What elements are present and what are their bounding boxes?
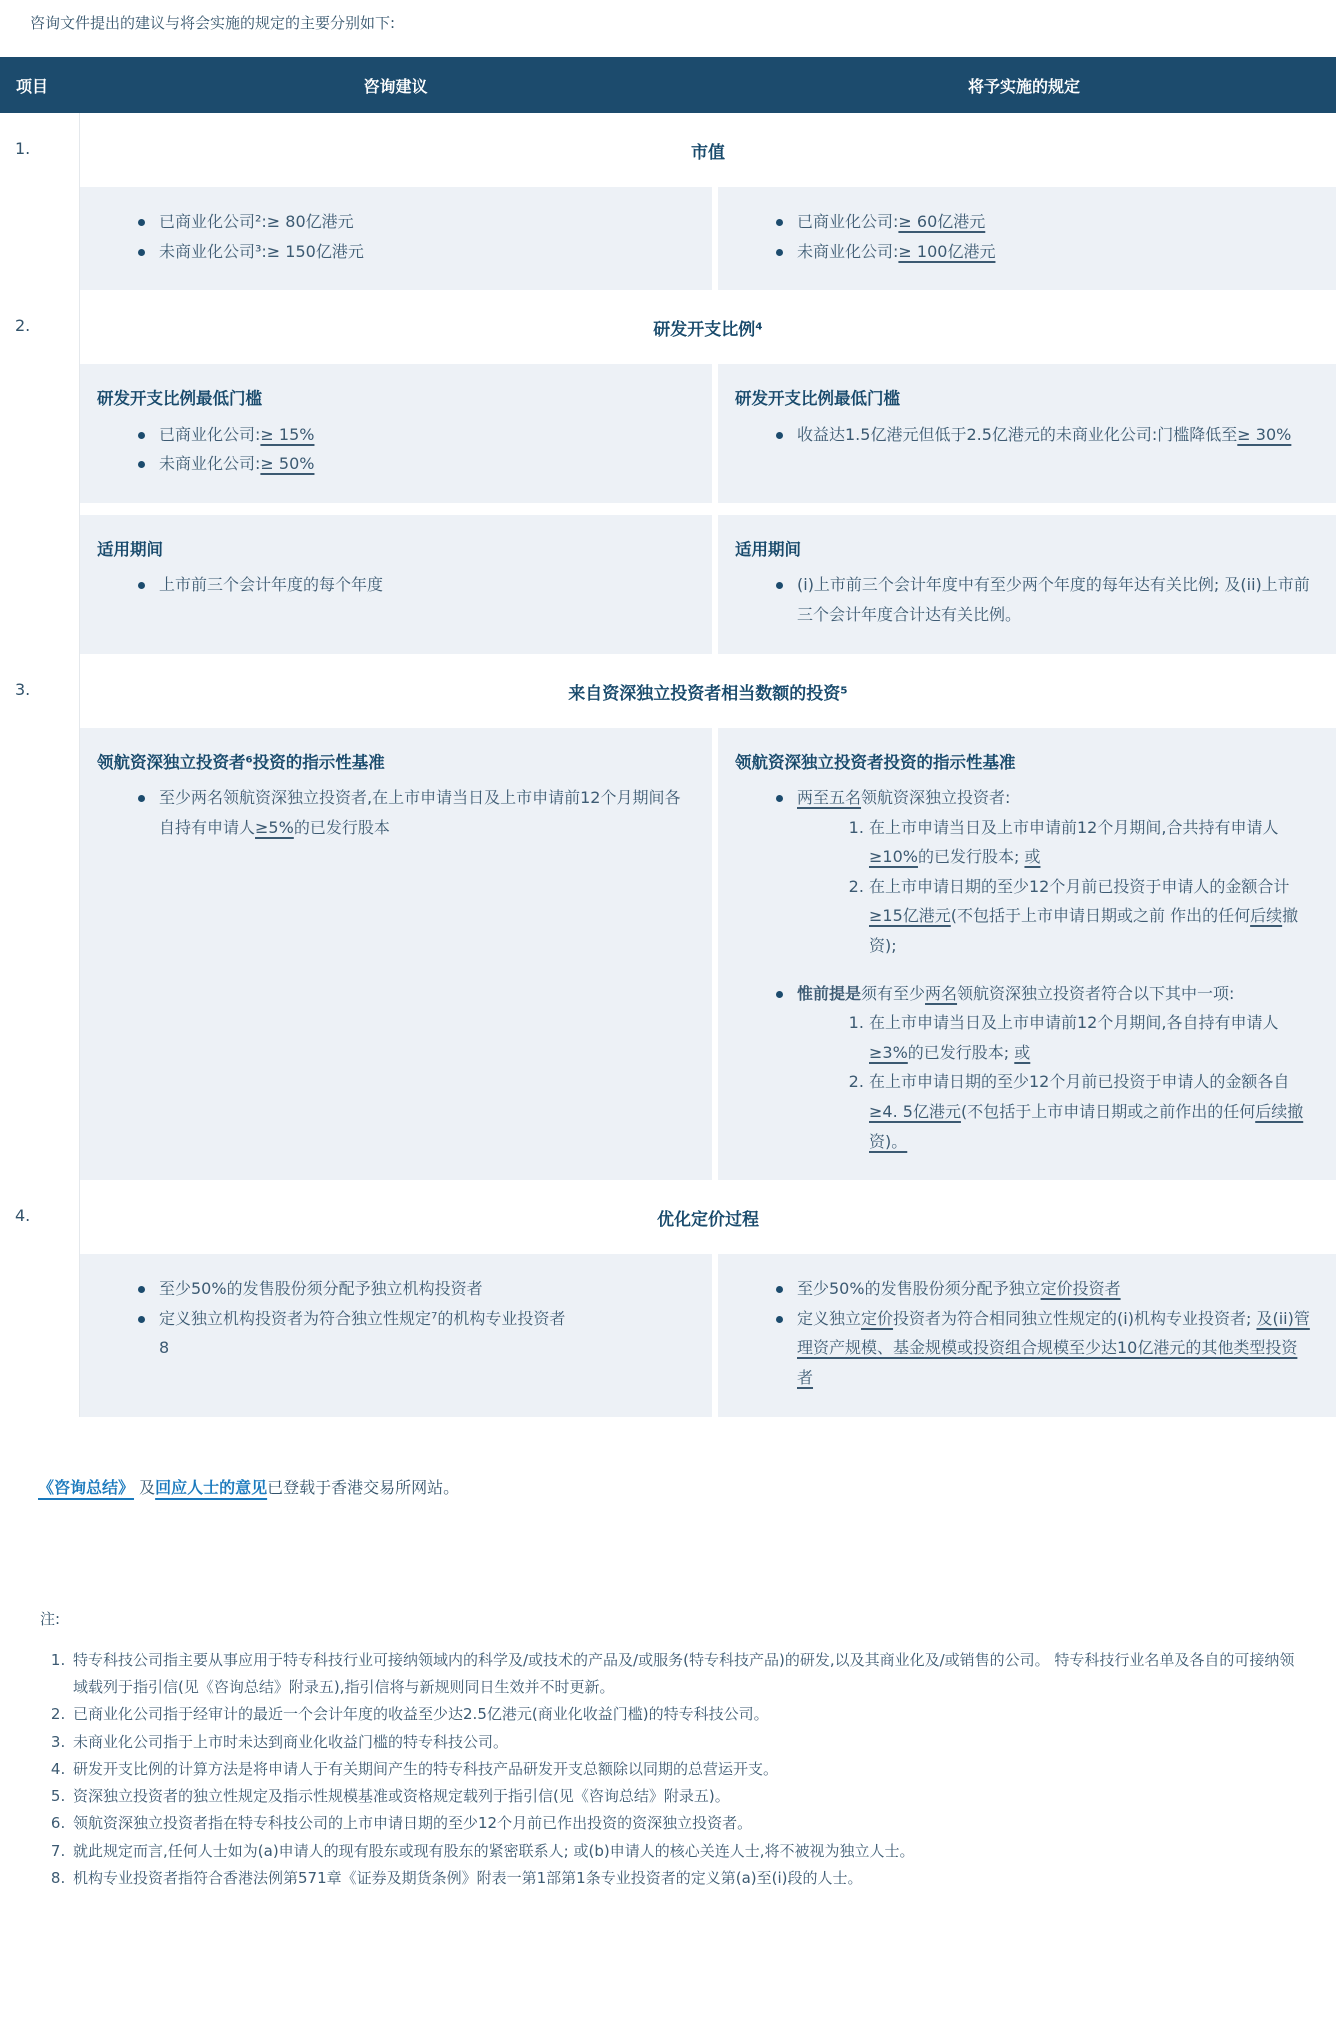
bullet-item: 未商业化公司:≥ 100亿港元 bbox=[797, 237, 1310, 267]
text-segment: ≥10% bbox=[869, 847, 918, 866]
footnote-item: 就此规定而言,任何人士如为(a)申请人的现有股东或现有股东的紧密联系人; 或(b… bbox=[70, 1838, 1306, 1865]
implemented-cell: 适用期间 (i)上市前三个会计年度中有至少两个年度的每年达有关比例; 及(ii)… bbox=[718, 515, 1336, 654]
sub-item: 在上市申请日期的至少12个月前已投资于申请人的金额各自≥4. 5亿港元(不包括于… bbox=[869, 1067, 1310, 1156]
implemented-cell: 已商业化公司:≥ 60亿港元 未商业化公司:≥ 100亿港元 bbox=[718, 187, 1336, 290]
text-segment: 在上市申请日期的至少12个月前已投资于申请人的金额各自 bbox=[869, 1072, 1289, 1091]
text-segment: 的已发行股本; bbox=[908, 1043, 1014, 1062]
text-segment: 在上市申请当日及上市申请前12个月期间,合共持有申请人 bbox=[869, 818, 1278, 837]
text-segment: 的已发行股本 bbox=[294, 818, 390, 837]
text-segment: 已商业化公司: bbox=[797, 212, 898, 231]
bullet-item: 两至五名领航资深独立投资者: 在上市申请当日及上市申请前12个月期间,合共持有申… bbox=[797, 783, 1310, 961]
text-segment: 至少两名领航资深独立投资者,在上市申请当日及上市申请前12个月期间各自持有申请人 bbox=[159, 788, 680, 837]
text-segment: 或 bbox=[1024, 847, 1040, 866]
text-segment: 领航资深独立投资者: bbox=[861, 788, 1010, 807]
proposal-cell: 至少50%的发售股份须分配予独立机构投资者 定义独立机构投资者为符合独立性规定⁷… bbox=[80, 1254, 712, 1416]
cell-heading: 研发开支比例最低门槛 bbox=[735, 384, 1310, 415]
bullet-text: 两至五名领航资深独立投资者: bbox=[797, 788, 1010, 807]
footnote-item: 机构专业投资者指符合香港法例第571章《证券及期货条例》附表一第1部第1条专业投… bbox=[70, 1865, 1306, 1892]
bullet-item: 至少50%的发售股份须分配予独立机构投资者 bbox=[159, 1274, 686, 1304]
publication-line: 《咨询总结》 及回应人士的意见已登载于香港交易所网站。 bbox=[38, 1475, 1336, 1498]
text-segment: 至少50%的发售股份须分配予独立机构投资者 bbox=[159, 1279, 483, 1298]
text-segment: 两至五名 bbox=[797, 788, 861, 807]
bullet-item: 未商业化公司:≥ 50% bbox=[159, 449, 686, 479]
text-segment: 定义独立 bbox=[797, 1309, 861, 1328]
section-number: 4. bbox=[0, 1180, 79, 1416]
section-row-2: 2. 研发开支比例⁴ 研发开支比例最低门槛 已商业化公司:≥ 15% 未商业化公… bbox=[0, 290, 1336, 653]
text-segment: 未商业化公司³:≥ 150亿港元 bbox=[159, 242, 364, 261]
footnote-item: 资深独立投资者的独立性规定及指示性规模基准或资格规定载列于指引信(见《咨询总结》… bbox=[70, 1783, 1306, 1810]
col-header-proposal: 咨询建议 bbox=[79, 74, 712, 97]
bullet-item: 至少两名领航资深独立投资者,在上市申请当日及上市申请前12个月期间各自持有申请人… bbox=[159, 783, 686, 842]
text-segment: 在上市申请当日及上市申请前12个月期间,各自持有申请人 bbox=[869, 1013, 1278, 1032]
implemented-cell: 至少50%的发售股份须分配予独立定价投资者 定义独立定价投资者为符合相同独立性规… bbox=[718, 1254, 1336, 1416]
implemented-cell: 领航资深独立投资者投资的指示性基准 两至五名领航资深独立投资者: 在上市申请当日… bbox=[718, 728, 1336, 1181]
text-segment: 或 bbox=[1014, 1043, 1030, 1062]
proposal-cell: 领航资深独立投资者⁶投资的指示性基准 至少两名领航资深独立投资者,在上市申请当日… bbox=[80, 728, 712, 1181]
section-row-3: 3. 来自资深独立投资者相当数额的投资⁵ 领航资深独立投资者⁶投资的指示性基准 … bbox=[0, 654, 1336, 1181]
bullet-text: 惟前提是须有至少两名领航资深独立投资者符合以下其中一项: bbox=[797, 984, 1234, 1003]
section-number: 1. bbox=[0, 113, 79, 290]
implemented-cell: 研发开支比例最低门槛 收益达1.5亿港元但低于2.5亿港元的未商业化公司:门槛降… bbox=[718, 364, 1336, 503]
footnotes-list: 特专科技公司指主要从事应用于特专科技行业可接纳领域内的科学及/或技术的产品及/或… bbox=[46, 1647, 1336, 1893]
footnote-item: 特专科技公司指主要从事应用于特专科技行业可接纳领域内的科学及/或技术的产品及/或… bbox=[70, 1647, 1306, 1702]
text-segment: 定义独立机构投资者为符合独立性规定⁷的机构专业投资者 bbox=[159, 1309, 565, 1328]
section-row-1: 1. 市值 已商业化公司²:≥ 80亿港元 未商业化公司³:≥ 150亿港元 已… bbox=[0, 113, 1336, 290]
cell-heading: 研发开支比例最低门槛 bbox=[97, 384, 686, 415]
text-segment: (i)上市前三个会计年度中有至少两个年度的每年达有关比例; 及(ii)上市前三个… bbox=[797, 575, 1310, 624]
text-segment: 未商业化公司: bbox=[159, 454, 260, 473]
text-link[interactable]: 回应人士的意见 bbox=[155, 1478, 267, 1497]
text-segment: (不包括于上市申请日期或之前作出的任何 bbox=[961, 1102, 1255, 1121]
text-segment: 上市前三个会计年度的每个年度 bbox=[159, 575, 383, 594]
proposal-cell: 适用期间 上市前三个会计年度的每个年度 bbox=[80, 515, 712, 654]
comparison-table: 项目 咨询建议 将予实施的规定 1. 市值 已商业化公司²:≥ 80亿港元 未商… bbox=[0, 57, 1336, 1417]
col-header-implemented: 将予实施的规定 bbox=[712, 74, 1336, 97]
text-segment: 及 bbox=[134, 1478, 155, 1497]
text-segment: 领航资深独立投资者符合以下其中一项: bbox=[957, 984, 1234, 1003]
cell-heading: 领航资深独立投资者投资的指示性基准 bbox=[735, 748, 1310, 779]
text-segment: 已登载于香港交易所网站。 bbox=[267, 1478, 459, 1497]
bullet-item: (i)上市前三个会计年度中有至少两个年度的每年达有关比例; 及(ii)上市前三个… bbox=[797, 570, 1310, 629]
text-segment: (不包括于上市申请日期或之前 作出的任何 bbox=[951, 906, 1250, 925]
text-segment: 后续 bbox=[1250, 906, 1282, 925]
text-segment: 的已发行股本; bbox=[918, 847, 1024, 866]
text-segment: 两名 bbox=[925, 984, 957, 1003]
text-segment: 定价投资者 bbox=[1041, 1279, 1121, 1298]
text-segment: ≥3% bbox=[869, 1043, 908, 1062]
intro-text: 咨询文件提出的建议与将会实施的规定的主要分别如下: bbox=[30, 12, 1336, 33]
bullet-item: 已商业化公司:≥ 15% bbox=[159, 420, 686, 450]
col-header-item: 项目 bbox=[0, 74, 79, 97]
section-number: 3. bbox=[0, 654, 79, 1181]
bullet-item: 至少50%的发售股份须分配予独立定价投资者 bbox=[797, 1274, 1310, 1304]
text-segment: 至少50%的发售股份须分配予独立 bbox=[797, 1279, 1041, 1298]
section-title: 优化定价过程 bbox=[80, 1180, 1336, 1254]
text-segment: 已商业化公司²:≥ 80亿港元 bbox=[159, 212, 354, 231]
footnote-item: 领航资深独立投资者指在特专科技公司的上市申请日期的至少12个月前已作出投资的资深… bbox=[70, 1810, 1306, 1837]
sub-item: 在上市申请日期的至少12个月前已投资于申请人的金额合计≥15亿港元(不包括于上市… bbox=[869, 872, 1310, 961]
text-segment: ≥ 60亿港元 bbox=[898, 212, 985, 231]
text-segment: ≥5% bbox=[255, 818, 294, 837]
text-segment: 未商业化公司: bbox=[797, 242, 898, 261]
section-row-4: 4. 优化定价过程 至少50%的发售股份须分配予独立机构投资者 定义独立机构投资… bbox=[0, 1180, 1336, 1416]
proposal-cell: 研发开支比例最低门槛 已商业化公司:≥ 15% 未商业化公司:≥ 50% bbox=[80, 364, 712, 503]
text-link[interactable]: 《咨询总结》 bbox=[38, 1478, 134, 1497]
footnote-item: 未商业化公司指于上市时未达到商业化收益门槛的特专科技公司。 bbox=[70, 1729, 1306, 1756]
cell-heading: 适用期间 bbox=[97, 535, 686, 566]
proposal-cell: 已商业化公司²:≥ 80亿港元 未商业化公司³:≥ 150亿港元 bbox=[80, 187, 712, 290]
notes-label: 注: bbox=[40, 1608, 1336, 1629]
bullet-item: 上市前三个会计年度的每个年度 bbox=[159, 570, 686, 600]
text-segment: ≥ 50% bbox=[260, 454, 314, 473]
text-segment: ≥15亿港元 bbox=[869, 906, 951, 925]
text-segment: 8 bbox=[159, 1338, 169, 1357]
sub-item: 在上市申请当日及上市申请前12个月期间,各自持有申请人≥3%的已发行股本; 或 bbox=[869, 1008, 1310, 1067]
text-segment: 须有至少 bbox=[861, 984, 925, 1003]
section-title: 市值 bbox=[80, 113, 1336, 187]
text-segment: 定价 bbox=[861, 1309, 893, 1328]
text-segment: ≥ 15% bbox=[260, 425, 314, 444]
bullet-item: 已商业化公司:≥ 60亿港元 bbox=[797, 207, 1310, 237]
bullet-item: 定义独立机构投资者为符合独立性规定⁷的机构专业投资者 8 bbox=[159, 1304, 686, 1363]
text-segment: 惟前提是 bbox=[797, 984, 861, 1003]
text-segment: 已商业化公司: bbox=[159, 425, 260, 444]
section-title: 研发开支比例⁴ bbox=[80, 290, 1336, 364]
bullet-item: 已商业化公司²:≥ 80亿港元 bbox=[159, 207, 686, 237]
bullet-item: 惟前提是须有至少两名领航资深独立投资者符合以下其中一项: 在上市申请当日及上市申… bbox=[797, 979, 1310, 1157]
cell-heading: 领航资深独立投资者⁶投资的指示性基准 bbox=[97, 748, 686, 779]
text-segment: 在上市申请日期的至少12个月前已投资于申请人的金额合计 bbox=[869, 877, 1289, 896]
section-number: 2. bbox=[0, 290, 79, 653]
text-segment: ≥ 100亿港元 bbox=[898, 242, 995, 261]
section-title: 来自资深独立投资者相当数额的投资⁵ bbox=[80, 654, 1336, 728]
table-header: 项目 咨询建议 将予实施的规定 bbox=[0, 57, 1336, 113]
footnote-item: 研发开支比例的计算方法是将申请人于有关期间产生的特专科技产品研发开支总额除以同期… bbox=[70, 1756, 1306, 1783]
text-segment: 投资者为符合相同独立性规定的(i)机构专业投资者; bbox=[893, 1309, 1256, 1328]
bullet-item: 未商业化公司³:≥ 150亿港元 bbox=[159, 237, 686, 267]
text-segment: ≥4. 5亿港元 bbox=[869, 1102, 961, 1121]
cell-heading: 适用期间 bbox=[735, 535, 1310, 566]
sub-item: 在上市申请当日及上市申请前12个月期间,合共持有申请人≥10%的已发行股本; 或 bbox=[869, 813, 1310, 872]
text-segment: 收益达1.5亿港元但低于2.5亿港元的未商业化公司:门槛降低至 bbox=[797, 425, 1237, 444]
text-segment: ≥ 30% bbox=[1237, 425, 1291, 444]
bullet-item: 收益达1.5亿港元但低于2.5亿港元的未商业化公司:门槛降低至≥ 30% bbox=[797, 420, 1310, 450]
footnote-item: 已商业化公司指于经审计的最近一个会计年度的收益至少达2.5亿港元(商业化收益门槛… bbox=[70, 1701, 1306, 1728]
block-gap bbox=[80, 503, 1336, 515]
bullet-item: 定义独立定价投资者为符合相同独立性规定的(i)机构专业投资者; 及(ii)管理资… bbox=[797, 1304, 1310, 1393]
